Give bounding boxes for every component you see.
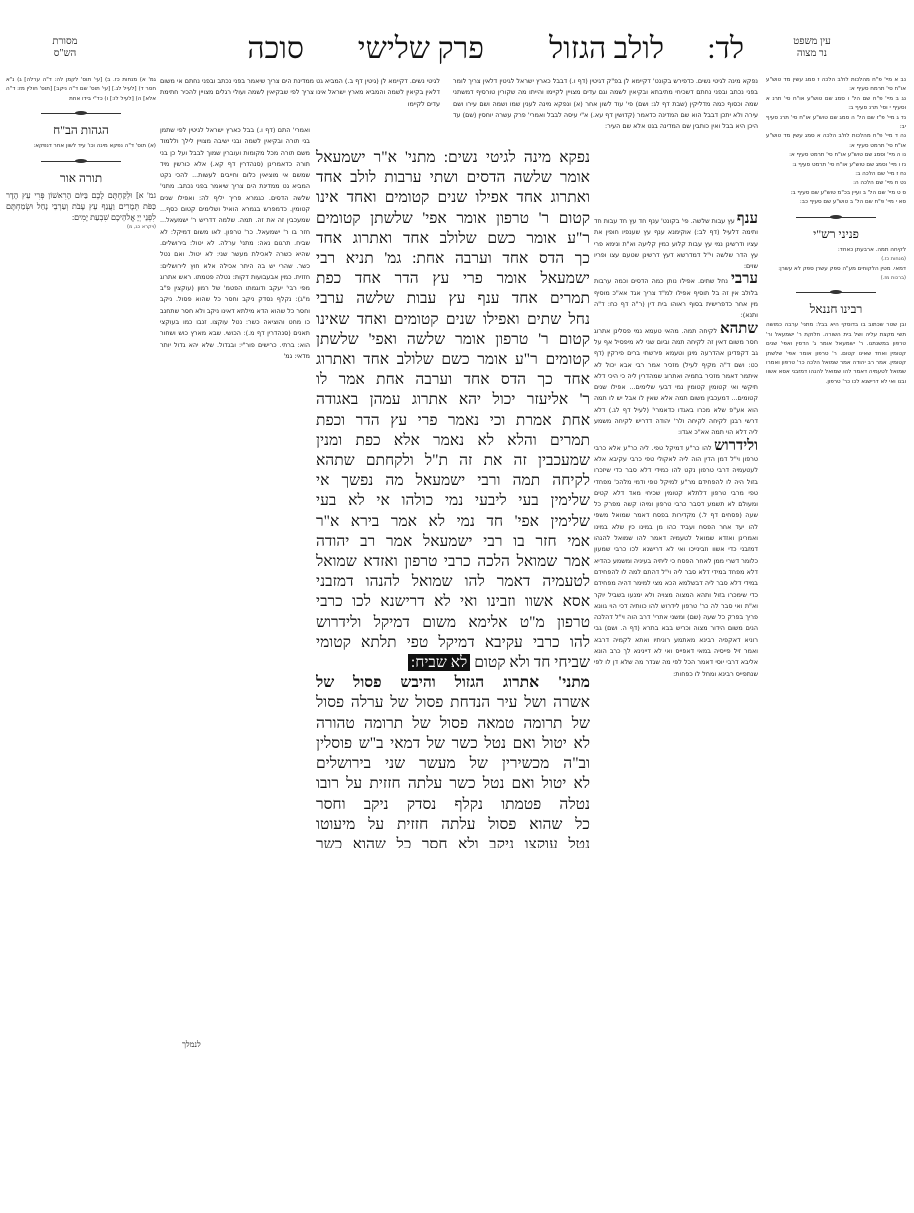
hagahot-text: (א) תוס' ד"ה נפקא מינה וכו' עיד לשון אחר… xyxy=(6,142,156,151)
gemara-line: תמרים והלא לא נאמר אלא כפת ומנין xyxy=(316,431,590,451)
gemara-line: קטום ר' טרפון אומר שלשה ואפי' שלשתן xyxy=(316,330,590,350)
gemara-line: ר' אליעזר יכול יהא אתרוג עמהן באגודה xyxy=(316,390,590,410)
rashi-top-text: נפקא מינה לגיטי נשים. כדפירש בקונט' דקיי… xyxy=(453,77,758,130)
hagahot-title: הגהות הב"ח xyxy=(6,122,156,138)
tosafot-body-text: ואמרי' התם (דף ו.) בבל כארץ ישראל לגיטין… xyxy=(160,126,310,360)
ornament-divider xyxy=(796,289,876,295)
gemara-line: נטלה פטמתו נקלף נסדק ניקב וחסר xyxy=(316,795,590,815)
ein-mishpat-column: נב א מיי' פ"ח מהלכות לולב הלכה ז סמג עשי… xyxy=(766,76,906,387)
torah-or-source: (ויקרא כג, מ) xyxy=(6,223,156,232)
ein-mishpat-entry: נט ח מיי' שם הלכה ה: xyxy=(766,179,906,188)
peninei-rashi-entry: לקיחה תמה. ארבעתן כאחד: xyxy=(766,246,906,255)
gemara-line: ישמעאל אומר פרי עץ הדר אחד כפת xyxy=(316,269,590,289)
rashi-dibur-velidrosh: ולידרוש xyxy=(714,438,758,454)
gemara-main-text: נפקא מינה לגיטי נשים: מתני' א"ר ישמעאל א… xyxy=(316,148,590,848)
gemara-line: תמרים אחד ענף עץ עבות שלשה ערבי xyxy=(316,289,590,309)
ein-mishpat-entry: נג ב מיי' פ"ח שם הל' ו סמג שם טוש"ע או"ח… xyxy=(766,95,906,114)
gemara-line: כל שהוא פסול עלתה חזזית על מיעוטו xyxy=(316,815,590,835)
gemara-line: טרפון מ"ט אלימא משום דמיקל ולידרוש xyxy=(316,613,590,633)
chapter-number: פרק שלישי xyxy=(358,32,484,66)
ornament-divider xyxy=(41,158,121,164)
ein-mishpat-entry: נה ד מיי' פ"ח מהלכות לולב הלכה א סמג עשי… xyxy=(766,132,906,151)
chapter-title: לולב הגזול xyxy=(549,32,664,66)
mishna-start-line: מתני' אתרוג הגזול והיבש פסול של xyxy=(316,673,590,693)
ein-mishpat-label-line1: עין משפט xyxy=(772,36,852,48)
bottom-commentary xyxy=(158,850,758,1030)
rabbeinu-chananel-title: רבינו חננאל xyxy=(766,301,906,317)
gemara-line: אחת אמרת וכי נאמר פרי עץ הדר וכפת xyxy=(316,411,590,431)
rashi-text-velidrosh: להו כר"ע דמיקל טפי. ליה כר"ע אלא כרבי טר… xyxy=(594,444,758,678)
ein-mishpat-entry: נז ו מיי' וסמג שם טוש"ע או"ח סי' תרמט סע… xyxy=(766,161,906,170)
gemara-line: לקיחה תמה ורבי ישמעאל מה נפשך אי xyxy=(316,471,590,491)
gemara-line: נטל עוקצו ניקב ולא חסר כל שהוא כשר xyxy=(316,835,590,848)
masoret-label: מסורת הש"ס xyxy=(30,36,100,60)
gemara-line: לטעמיה דאמר להו שמואל להנהו דמזבני xyxy=(316,572,590,592)
rashi-dibur-shetehe: שתהא xyxy=(720,321,758,337)
torah-or-text: גמ' א] וּלְקַחְתֶּם לָכֶם בַּיּוֹם הָרִא… xyxy=(6,190,156,223)
gemara-line: אומר שלשה הדסים ושתי ערבות לולב אחד xyxy=(316,168,590,188)
catchword: לנמלך xyxy=(182,1040,201,1049)
folio-number: לד: xyxy=(707,32,744,66)
gemara-line: אמר שמואל הלכה כרבי טרפון ואזדא שמואל xyxy=(316,552,590,572)
gemara-line: קטומים ר"ע אומר כשם שלולב אחד ואתרוג xyxy=(316,350,590,370)
ein-mishpat-label-line2: נר מצוה xyxy=(772,48,852,60)
gemara-line: לא יטול ואם נטל כשר עלתה חזזית על רובו xyxy=(316,774,590,794)
rashi-top: נפקא מינה לגיטי נשים. כדפירש בקונט' דקיי… xyxy=(453,76,758,156)
gemara-line: אשרה ושל עיר הנדחת פסול של ערלה פסול xyxy=(316,693,590,713)
ein-mishpat-entry: נח ז מיי' שם הלכה ב: xyxy=(766,170,906,179)
ein-mishpat-label: עין משפט נר מצוה xyxy=(772,36,852,60)
gemara-line: ר"ע אומר כשם שלולב אחד ואתרוג אחד xyxy=(316,229,590,249)
rabbeinu-chananel-text: ובן שטר שכתוב בו בדוסקי היא בבל: מתני' ע… xyxy=(766,321,906,387)
ornament-divider xyxy=(41,110,121,116)
masoret-label-line1: מסורת xyxy=(30,36,100,48)
ein-mishpat-entry: נב א מיי' פ"ח מהלכות לולב הלכה ז סמג עשי… xyxy=(766,76,906,95)
gemara-line: שמעכבין זה את זה ת"ל ולקחתם שתהא xyxy=(316,451,590,471)
gemara-line: שלימין אפי' חד נמי לא אמר בירא א"ר xyxy=(316,512,590,532)
gemara-line: ואתרוג אחד אפילו שנים קטומים ואחד אינו xyxy=(316,188,590,208)
peninei-rashi-source: (מנחות כז.) xyxy=(766,255,906,264)
tosafot-top-text: לגיטי נשים. דקיימא לן (גיטין דף ב.) המבי… xyxy=(160,77,440,108)
rashi-dibur-anaf: ענף xyxy=(737,211,758,227)
tosafot-top: לגיטי נשים. דקיימא לן (גיטין דף ב.) המבי… xyxy=(160,76,440,126)
peninei-rashi-title: פניני רש"י xyxy=(766,226,906,242)
gemara-line: נחל שתים ואפילו שנים קטומים ואחד שאינו xyxy=(316,310,590,330)
rashi-text-anaf: עץ עבות שלשה. פי' בקונט' ענף חד עץ חד עב… xyxy=(594,217,758,270)
ornament-divider xyxy=(796,214,876,220)
gemara-line: להו כרבי עקיבא דמיקל טפי תלתא קטומי xyxy=(316,633,590,653)
gemara-line: קטום ר' טרפון אומר אפי' שלשתן קטומים xyxy=(316,209,590,229)
peninei-rashi-source: (ברכות מז.) xyxy=(766,274,906,283)
rashi-text-shetehe: לקיחה תמה. מהאי טעמא נמי פסלינן אתרוג חס… xyxy=(594,327,758,437)
rashi-dibur-arvei: ערבי xyxy=(731,271,758,287)
torah-or-title: תורה אור xyxy=(6,170,156,186)
ein-mishpat-entry: ס ט מיי' שם הל' ב ועיין בכ"מ טוש"ע שם סע… xyxy=(766,189,906,198)
masoret-label-line2: הש"ס xyxy=(30,48,100,60)
masoret-entries: גמ' א) מנחות כז. ב) [עי' תוס' לקמן לה: ד… xyxy=(6,76,156,104)
masoret-hashas-column: גמ' א) מנחות כז. ב) [עי' תוס' לקמן לה: ד… xyxy=(6,76,156,232)
page-header: עין משפט נר מצוה לד: לולב הגזול פרק שליש… xyxy=(0,30,914,70)
inverted-label: לא שביח: xyxy=(408,654,470,671)
gemara-line: אמי חזר בו רבי ישמעאל אמר רב יהודה xyxy=(316,532,590,552)
gemara-line: אסא אשוו וזבינו ואי לא דרישנא לכו כרבי xyxy=(316,592,590,612)
tosafot-column: ואמרי' התם (דף ו.) בבל כארץ ישראל לגיטין… xyxy=(160,125,310,845)
ein-mishpat-entry: נד ג מיי' פ"ז שם הל' ה סמג שם טוש"ע או"ח… xyxy=(766,114,906,133)
gemara-line: שביחי חד ולא קטום xyxy=(474,654,590,671)
ein-mishpat-entry: נו ה מיי' וסמג שם טוש"ע או"ח סי' תרמט סע… xyxy=(766,151,906,160)
gemara-line-with-inverted: שביחי חד ולא קטום לא שביח: xyxy=(316,653,590,673)
gemara-line: לא יטול ואם נטל כשר של דמאי ב"ש פוסלין xyxy=(316,734,590,754)
gemara-line: וב"ה מכשירין של מעשר שני בירושלים xyxy=(316,754,590,774)
gemara-line: נפקא מינה לגיטי נשים: מתני' א"ר ישמעאל xyxy=(316,148,590,168)
gemara-line: כך הדס אחד וערבה אחת: גמ' תניא רבי xyxy=(316,249,590,269)
gemara-line: שלימין בעי ליבעי נמי כולהו אי לא בעי xyxy=(316,491,590,511)
gemara-line: של תרומה טמאה פסול של תרומה טהורה xyxy=(316,714,590,734)
peninei-rashi-entry: דמאי. מטין הלקוחים מע"ה ספק עשרן ספק לא … xyxy=(766,265,906,274)
gemara-line: אחד כך הדס אחד וערבה אחת אמר לו xyxy=(316,370,590,390)
ein-mishpat-entry: סא י מיי' פ"ח שם הל' ב טוש"ע שם סעיף כב: xyxy=(766,198,906,207)
tractate-name: סוכה xyxy=(247,32,304,66)
